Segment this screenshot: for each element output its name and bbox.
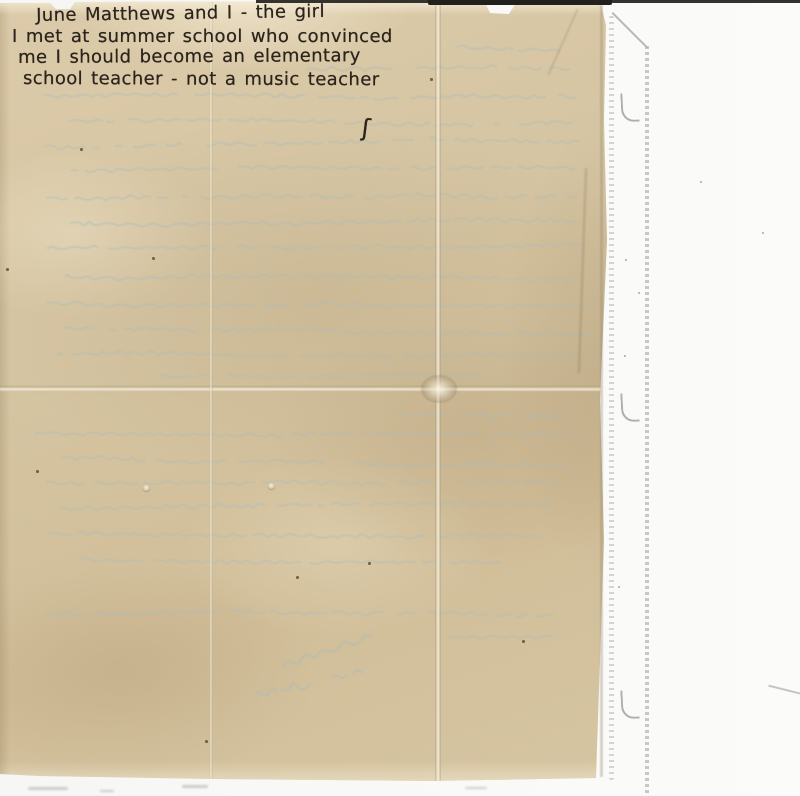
dust-speck [522, 640, 525, 643]
binder-punch-hole [620, 690, 639, 720]
crease-intersection-crumple [421, 375, 457, 403]
dust-speck [430, 78, 433, 81]
annotation-line-2: I met at summer school who convinced [12, 27, 393, 47]
dust-speck [700, 181, 702, 183]
scan-top-edge-shadow [428, 0, 612, 5]
sleeve-serrated-edge [645, 46, 649, 794]
binder-punch-hole [620, 93, 639, 123]
scanner-smudge [100, 790, 114, 792]
dust-speck [618, 586, 620, 588]
dust-speck [36, 470, 39, 473]
sleeve-perforation-strip [609, 16, 614, 780]
dust-speck [624, 355, 626, 357]
letter-paper: June Matthews and I - the girl I met at … [0, 0, 612, 781]
sleeve-bottom-corner-cut [768, 685, 800, 696]
scanner-smudge [182, 785, 208, 788]
paper-damage-spot [268, 483, 275, 489]
paper-damage-spot [143, 485, 150, 491]
dust-speck [152, 257, 155, 260]
dust-speck [80, 148, 83, 151]
scan-background: June Matthews and I - the girl I met at … [0, 0, 800, 796]
horizontal-fold-crease [0, 386, 612, 392]
dust-speck [368, 562, 371, 565]
scanner-smudge [28, 787, 68, 790]
annotation-line-1: June Matthews and I - the girl [36, 2, 325, 26]
annotation-line-4: school teacher - not a music teacher [23, 69, 380, 90]
dust-speck [296, 576, 299, 579]
dust-speck [762, 232, 764, 234]
dust-speck [625, 259, 627, 261]
paper-edge-shadow [600, 5, 603, 777]
annotation-line-3: me I should become an elementary [18, 46, 361, 68]
sleeve-top-corner-cut [612, 12, 649, 49]
dust-speck [6, 268, 9, 271]
scanner-smudge [465, 787, 487, 789]
dust-speck [638, 292, 640, 294]
binder-punch-hole [620, 393, 639, 423]
vertical-fold-crease-left [209, 0, 213, 781]
dust-speck [205, 740, 208, 743]
